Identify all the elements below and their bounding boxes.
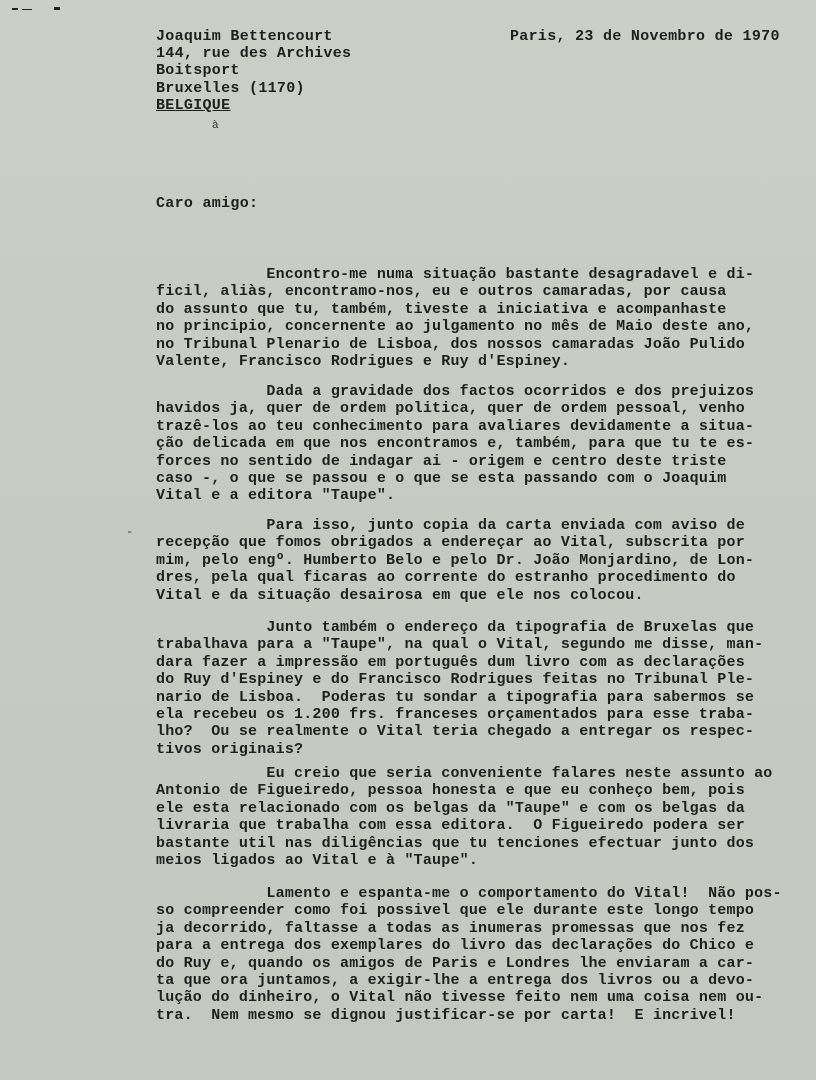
sender-country: BELGIQUE bbox=[156, 97, 230, 114]
paragraph-1: Encontro-me numa situação bastante desag… bbox=[156, 266, 754, 370]
paragraph-5: Eu creio que seria conveniente falares n… bbox=[156, 765, 773, 869]
margin-tick: - bbox=[126, 525, 133, 539]
sender-name: Joaquim Bettencourt bbox=[156, 28, 333, 45]
ink-smudge bbox=[54, 7, 60, 10]
paragraph-4: Junto também o endereço da tipografia de… bbox=[156, 619, 763, 758]
paragraph-2: Dada a gravidade dos factos ocorridos e … bbox=[156, 383, 754, 505]
paragraph-6: Lamento e espanta-me o comportamento do … bbox=[156, 885, 782, 1024]
greeting: Caro amigo: bbox=[156, 195, 258, 212]
paragraph-3: Para isso, junto copia da carta enviada … bbox=[156, 517, 754, 604]
ink-smudge bbox=[22, 9, 32, 10]
sender-city: Bruxelles (1170) bbox=[156, 80, 305, 97]
ink-smudge bbox=[12, 8, 18, 10]
place-date: Paris, 23 de Novembro de 1970 bbox=[510, 28, 780, 45]
sender-district: Boitsport bbox=[156, 62, 240, 79]
sender-address: Joaquim Bettencourt 144, rue des Archive… bbox=[156, 28, 351, 114]
margin-mark: à bbox=[212, 120, 219, 132]
sender-street: 144, rue des Archives bbox=[156, 45, 351, 62]
letter-page: Joaquim Bettencourt 144, rue des Archive… bbox=[0, 0, 816, 1080]
